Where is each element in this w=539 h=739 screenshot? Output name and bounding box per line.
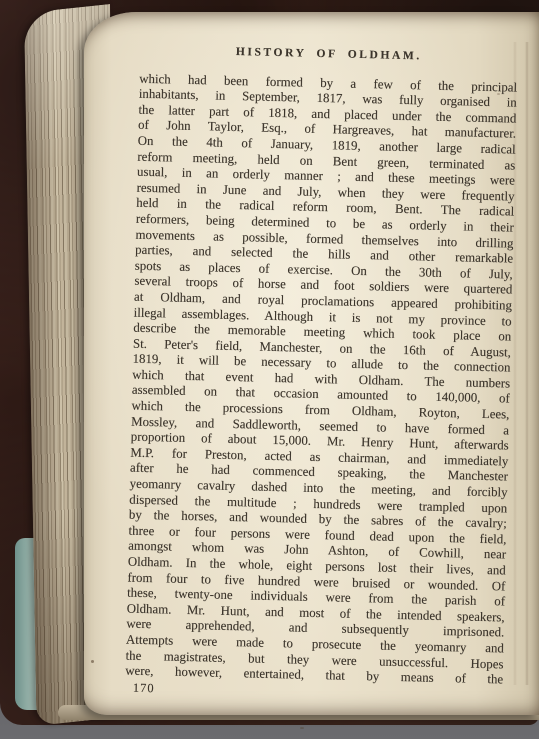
text-lines: which had been formed by a few of the pr…	[125, 71, 517, 688]
page-crease	[525, 42, 529, 685]
paper-speck	[91, 660, 94, 663]
paper-speck	[300, 727, 304, 729]
printed-text-block: HISTORY OF OLDHAM. which had been formed…	[125, 43, 518, 705]
book-photo: HISTORY OF OLDHAM. which had been formed…	[0, 0, 539, 739]
